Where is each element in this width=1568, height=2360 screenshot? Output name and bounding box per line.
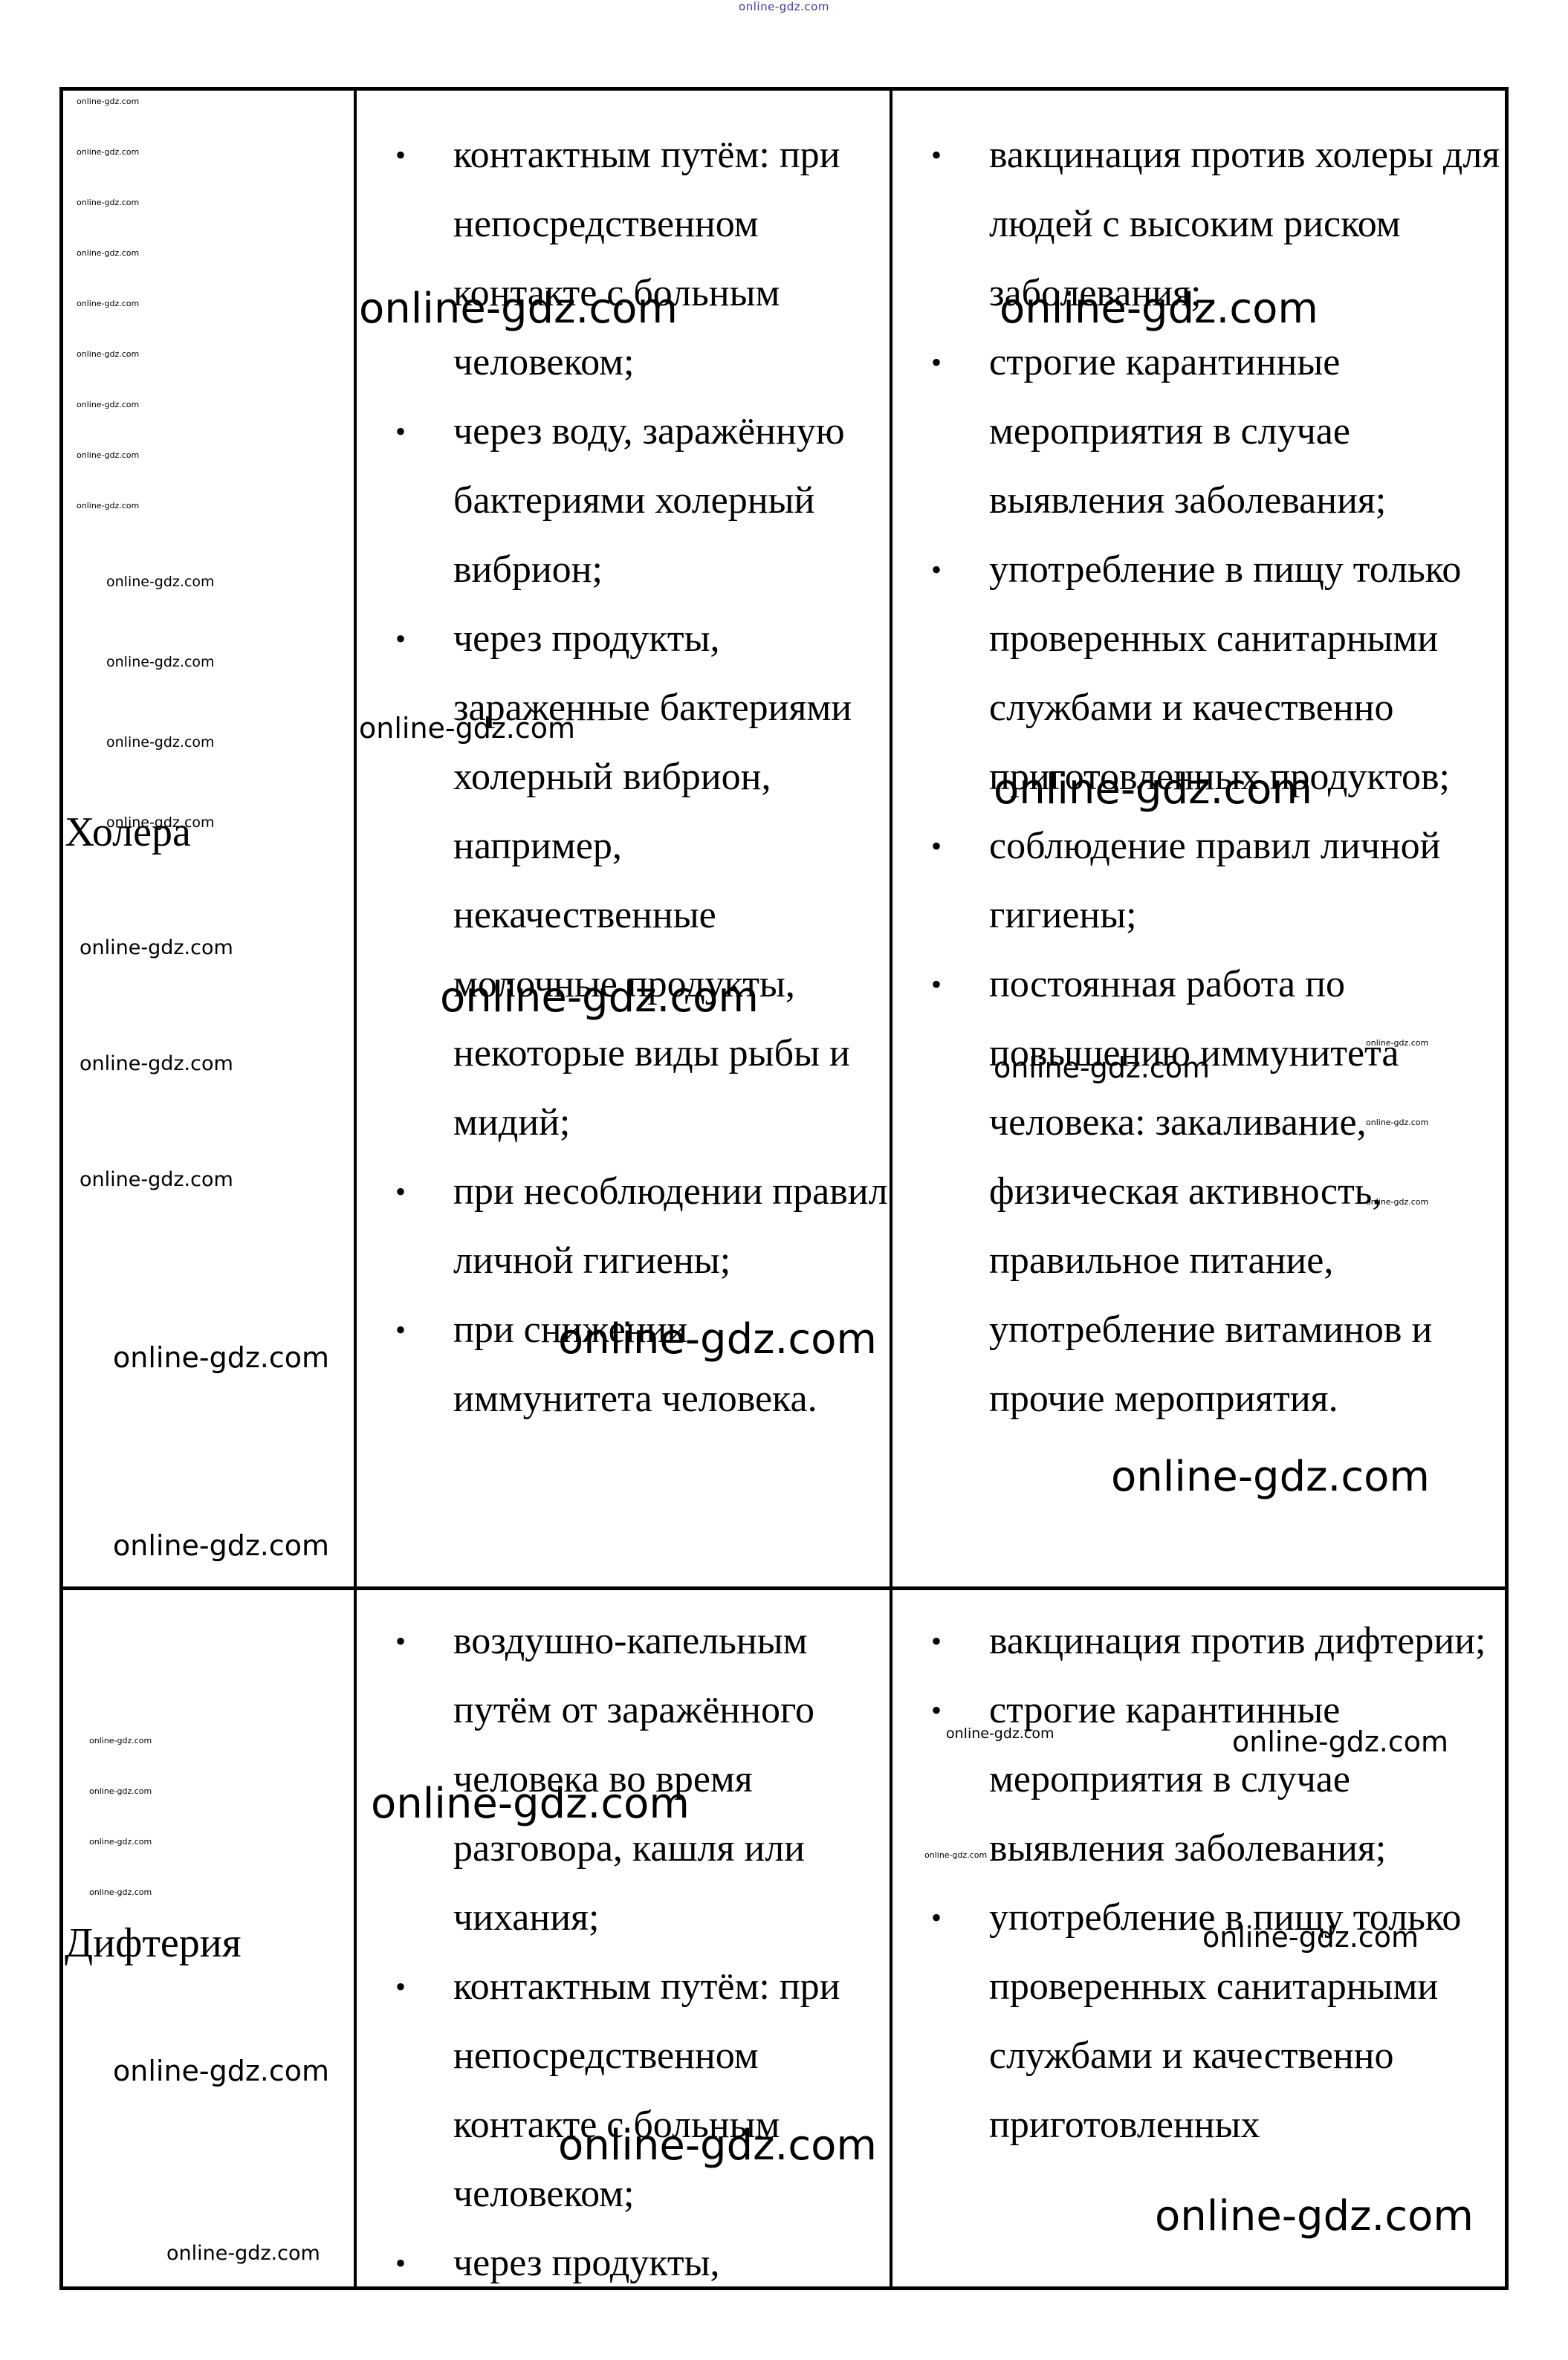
watermark: online-gdz.com (106, 654, 215, 670)
watermark: online-gdz.com (946, 1725, 1054, 1742)
list-item-text: через продукты, зараженные бактериями хо… (453, 617, 852, 1144)
watermark: online-gdz.com (1366, 1197, 1428, 1207)
bullet-icon: • (395, 604, 406, 673)
watermark: online-gdz.com (994, 765, 1312, 814)
bullet-icon: • (931, 535, 942, 604)
watermark: online-gdz.com (1202, 1921, 1419, 1954)
list-item-text: при несоблюдении правил личной гигиены; (453, 1170, 888, 1282)
bullet-icon: • (931, 811, 942, 881)
bullet-icon: • (395, 1607, 406, 1676)
bullet-icon: • (395, 120, 406, 189)
watermark: online-gdz.com (77, 349, 139, 359)
watermark: online-gdz.com (77, 198, 139, 207)
list-item-text: через продукты, (453, 2242, 720, 2284)
watermark: online-gdz.com (924, 1850, 987, 1860)
bullet-icon: • (931, 1607, 942, 1676)
disease-cell-diphtheria: Дифтерия (63, 1590, 354, 2286)
list-item: •через продукты, (357, 2228, 890, 2286)
watermark: online-gdz.com (1155, 2192, 1474, 2240)
bullet-icon: • (395, 1952, 406, 2021)
watermark: online-gdz.com (113, 1341, 329, 1374)
watermark: online-gdz.com (1366, 1118, 1428, 1127)
watermark: online-gdz.com (77, 400, 139, 409)
list-item: •постоянная работа по повышению иммуните… (892, 950, 1505, 1433)
list-item-text: соблюдение правил личной гигиены; (989, 825, 1441, 936)
bullet-icon: • (395, 1295, 406, 1364)
list-item-text: постоянная работа по повышению иммунитет… (989, 963, 1432, 1420)
watermark: online-gdz.com (371, 1780, 690, 1828)
list-item: •при несоблюдении правил личной гигиены; (357, 1157, 890, 1295)
watermark: online-gdz.com (89, 1837, 152, 1847)
watermark: online-gdz.com (89, 1736, 152, 1745)
watermark: online-gdz.com (80, 936, 233, 959)
watermark: online-gdz.com (1232, 1725, 1448, 1758)
disease-table: Холера •контактным путём: при непосредст… (59, 87, 1509, 2290)
watermark: online-gdz.com (106, 734, 215, 751)
watermark: online-gdz.com (77, 97, 139, 106)
list-item: •через воду, заражённую бактериями холер… (357, 397, 890, 604)
bullet-icon: • (931, 1883, 942, 1952)
list-item-text: вакцинация против дифтерии; (989, 1620, 1486, 1662)
list-item: •вакцинация против дифтерии; (892, 1607, 1505, 1676)
disease-name: Дифтерия (65, 1922, 242, 1964)
watermark: online-gdz.com (359, 285, 678, 333)
page-top-watermark: online-gdz.com (0, 0, 1568, 13)
watermark: online-gdz.com (77, 147, 139, 157)
watermark: online-gdz.com (89, 1786, 152, 1796)
prevention-list: •вакцинация против дифтерии;•строгие кар… (892, 1607, 1505, 2159)
watermark: online-gdz.com (77, 450, 139, 460)
list-item: •строгие карантинные мероприятия в случа… (892, 328, 1505, 535)
watermark: online-gdz.com (1366, 1038, 1428, 1048)
bullet-icon: • (931, 950, 942, 1019)
transmission-list: •воздушно-капельным путём от заражённого… (357, 1607, 890, 2286)
bullet-icon: • (395, 2228, 406, 2286)
watermark: online-gdz.com (440, 973, 759, 1022)
watermark: online-gdz.com (113, 1529, 329, 1562)
watermark: online-gdz.com (1111, 1453, 1430, 1501)
transmission-cell-diphtheria: •воздушно-капельным путём от заражённого… (357, 1590, 890, 2286)
watermark: online-gdz.com (77, 501, 139, 510)
watermark: online-gdz.com (89, 1887, 152, 1897)
list-item: •контактным путём: при непосредственном … (357, 120, 890, 397)
list-item-text: строгие карантинные мероприятия в случае… (989, 341, 1386, 522)
watermark: online-gdz.com (106, 814, 215, 831)
watermark: online-gdz.com (77, 299, 139, 308)
watermark: online-gdz.com (80, 1052, 233, 1075)
watermark: online-gdz.com (80, 1168, 233, 1191)
bullet-icon: • (931, 120, 942, 189)
watermark: online-gdz.com (359, 712, 575, 745)
watermark: online-gdz.com (558, 2121, 877, 2170)
list-item-text: контактным путём: при непосредственном к… (453, 134, 840, 383)
list-item: •через продукты, зараженные бактериями х… (357, 604, 890, 1157)
bullet-icon: • (931, 1676, 942, 1745)
list-item-text: контактным путём: при непосредственном к… (453, 1965, 840, 2215)
list-item-text: строгие карантинные мероприятия в случае… (989, 1689, 1386, 1870)
watermark: online-gdz.com (77, 248, 139, 258)
bullet-icon: • (395, 397, 406, 466)
watermark: online-gdz.com (1000, 285, 1318, 333)
watermark: online-gdz.com (558, 1315, 877, 1364)
bullet-icon: • (931, 328, 942, 397)
watermark: online-gdz.com (166, 2242, 320, 2265)
bullet-icon: • (395, 1157, 406, 1226)
list-item: •соблюдение правил личной гигиены; (892, 811, 1505, 950)
list-item: •контактным путём: при непосредственном … (357, 1952, 890, 2228)
watermark: online-gdz.com (994, 1051, 1210, 1084)
watermark: online-gdz.com (113, 2055, 329, 2087)
watermark: online-gdz.com (106, 574, 215, 590)
list-item-text: через воду, заражённую бактериями холерн… (453, 410, 845, 591)
list-item-text: употребление в пищу только проверенных с… (989, 548, 1461, 798)
